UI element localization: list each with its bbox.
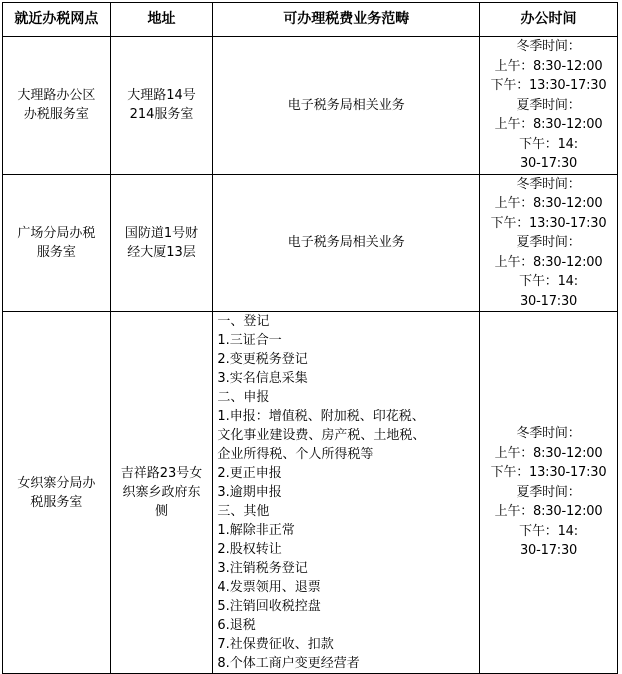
hours-line: 夏季时间：	[480, 483, 617, 503]
office-name-line: 办税服务室	[3, 105, 110, 124]
tax-office-table: 就近办税网点 地址 可办理税费业务范畴 办公时间 大理路办公区 办税服务室 大理…	[2, 2, 618, 674]
office-name-line: 广场分局办税	[3, 224, 110, 243]
scope-section-heading: 一、登记	[217, 312, 479, 331]
office-name-line: 税服务室	[3, 493, 110, 512]
hours-line: 上午：8:30-12:00	[480, 253, 617, 273]
hours-line: 下午：14:	[480, 272, 617, 292]
office-cell: 女织寨分局办 税服务室	[3, 312, 111, 674]
hours-line: 上午：8:30-12:00	[480, 502, 617, 522]
scope-list-cell: 一、登记 1.三证合一 2.变更税务登记 3.实名信息采集 二、申报 1.申报：…	[213, 312, 480, 674]
hours-line: 上午：8:30-12:00	[480, 194, 617, 214]
address-line: 大理路14号	[111, 86, 213, 105]
scope-item: 3.实名信息采集	[217, 369, 479, 388]
scope-item: 2.股权转让	[217, 540, 479, 559]
scope-item: 6.退税	[217, 616, 479, 635]
hours-line: 30-17:30	[480, 154, 617, 174]
hours-line: 夏季时间：	[480, 233, 617, 253]
address-cell: 国防道1号财 经大厦13层	[110, 174, 213, 312]
office-name-line: 服务室	[3, 243, 110, 262]
scope-item: 3.逾期申报	[217, 483, 479, 502]
table-row: 广场分局办税 服务室 国防道1号财 经大厦13层 电子税务局相关业务 冬季时间：…	[3, 174, 618, 312]
office-name-line: 大理路办公区	[3, 86, 110, 105]
scope-item: 2.变更税务登记	[217, 350, 479, 369]
scope-item: 2.更正申报	[217, 464, 479, 483]
hours-line: 下午：13:30-17:30	[480, 76, 617, 96]
office-name-line: 女织寨分局办	[3, 474, 110, 493]
hours-line: 下午：14:	[480, 135, 617, 155]
address-line: 吉祥路23号女	[111, 464, 213, 483]
office-cell: 广场分局办税 服务室	[3, 174, 111, 312]
table-header-row: 就近办税网点 地址 可办理税费业务范畴 办公时间	[3, 3, 618, 37]
hours-cell: 冬季时间： 上午：8:30-12:00 下午：13:30-17:30 夏季时间：…	[480, 37, 618, 175]
hours-line: 30-17:30	[480, 292, 617, 312]
scope-item: 5.注销回收税控盘	[217, 597, 479, 616]
scope-item: 企业所得税、个人所得税等	[217, 445, 479, 464]
hours-cell: 冬季时间： 上午：8:30-12:00 下午：13:30-17:30 夏季时间：…	[480, 312, 618, 674]
scope-item: 1.三证合一	[217, 331, 479, 350]
hours-line: 上午：8:30-12:00	[480, 115, 617, 135]
scope-cell: 电子税务局相关业务	[213, 37, 480, 175]
hours-line: 冬季时间：	[480, 424, 617, 444]
scope-section-heading: 二、申报	[217, 388, 479, 407]
hours-cell: 冬季时间： 上午：8:30-12:00 下午：13:30-17:30 夏季时间：…	[480, 174, 618, 312]
hours-line: 下午：14:	[480, 522, 617, 542]
header-hours: 办公时间	[480, 3, 618, 37]
header-scope: 可办理税费业务范畴	[213, 3, 480, 37]
table-row: 女织寨分局办 税服务室 吉祥路23号女 织寨乡政府东 侧 一、登记 1.三证合一…	[3, 312, 618, 674]
hours-line: 冬季时间：	[480, 37, 617, 57]
header-address: 地址	[110, 3, 213, 37]
address-line: 侧	[111, 502, 213, 521]
hours-line: 下午：13:30-17:30	[480, 463, 617, 483]
hours-line: 下午：13:30-17:30	[480, 214, 617, 234]
address-line: 织寨乡政府东	[111, 483, 213, 502]
address-line: 214服务室	[111, 105, 213, 124]
address-line: 经大厦13层	[111, 243, 213, 262]
hours-line: 夏季时间：	[480, 96, 617, 116]
scope-item: 1.解除非正常	[217, 521, 479, 540]
header-office: 就近办税网点	[3, 3, 111, 37]
scope-section-heading: 三、其他	[217, 502, 479, 521]
office-cell: 大理路办公区 办税服务室	[3, 37, 111, 175]
scope-item: 1.申报：增值税、附加税、印花税、	[217, 407, 479, 426]
hours-line: 30-17:30	[480, 541, 617, 561]
table-row: 大理路办公区 办税服务室 大理路14号 214服务室 电子税务局相关业务 冬季时…	[3, 37, 618, 175]
address-line: 国防道1号财	[111, 224, 213, 243]
scope-item: 文化事业建设费、房产税、土地税、	[217, 426, 479, 445]
scope-cell: 电子税务局相关业务	[213, 174, 480, 312]
hours-line: 冬季时间：	[480, 175, 617, 195]
scope-item: 8.个体工商户变更经营者	[217, 654, 479, 673]
scope-item: 4.发票领用、退票	[217, 578, 479, 597]
hours-line: 上午：8:30-12:00	[480, 57, 617, 77]
address-cell: 大理路14号 214服务室	[110, 37, 213, 175]
hours-line: 上午：8:30-12:00	[480, 444, 617, 464]
address-cell: 吉祥路23号女 织寨乡政府东 侧	[110, 312, 213, 674]
scope-item: 7.社保费征收、扣款	[217, 635, 479, 654]
scope-item: 3.注销税务登记	[217, 559, 479, 578]
